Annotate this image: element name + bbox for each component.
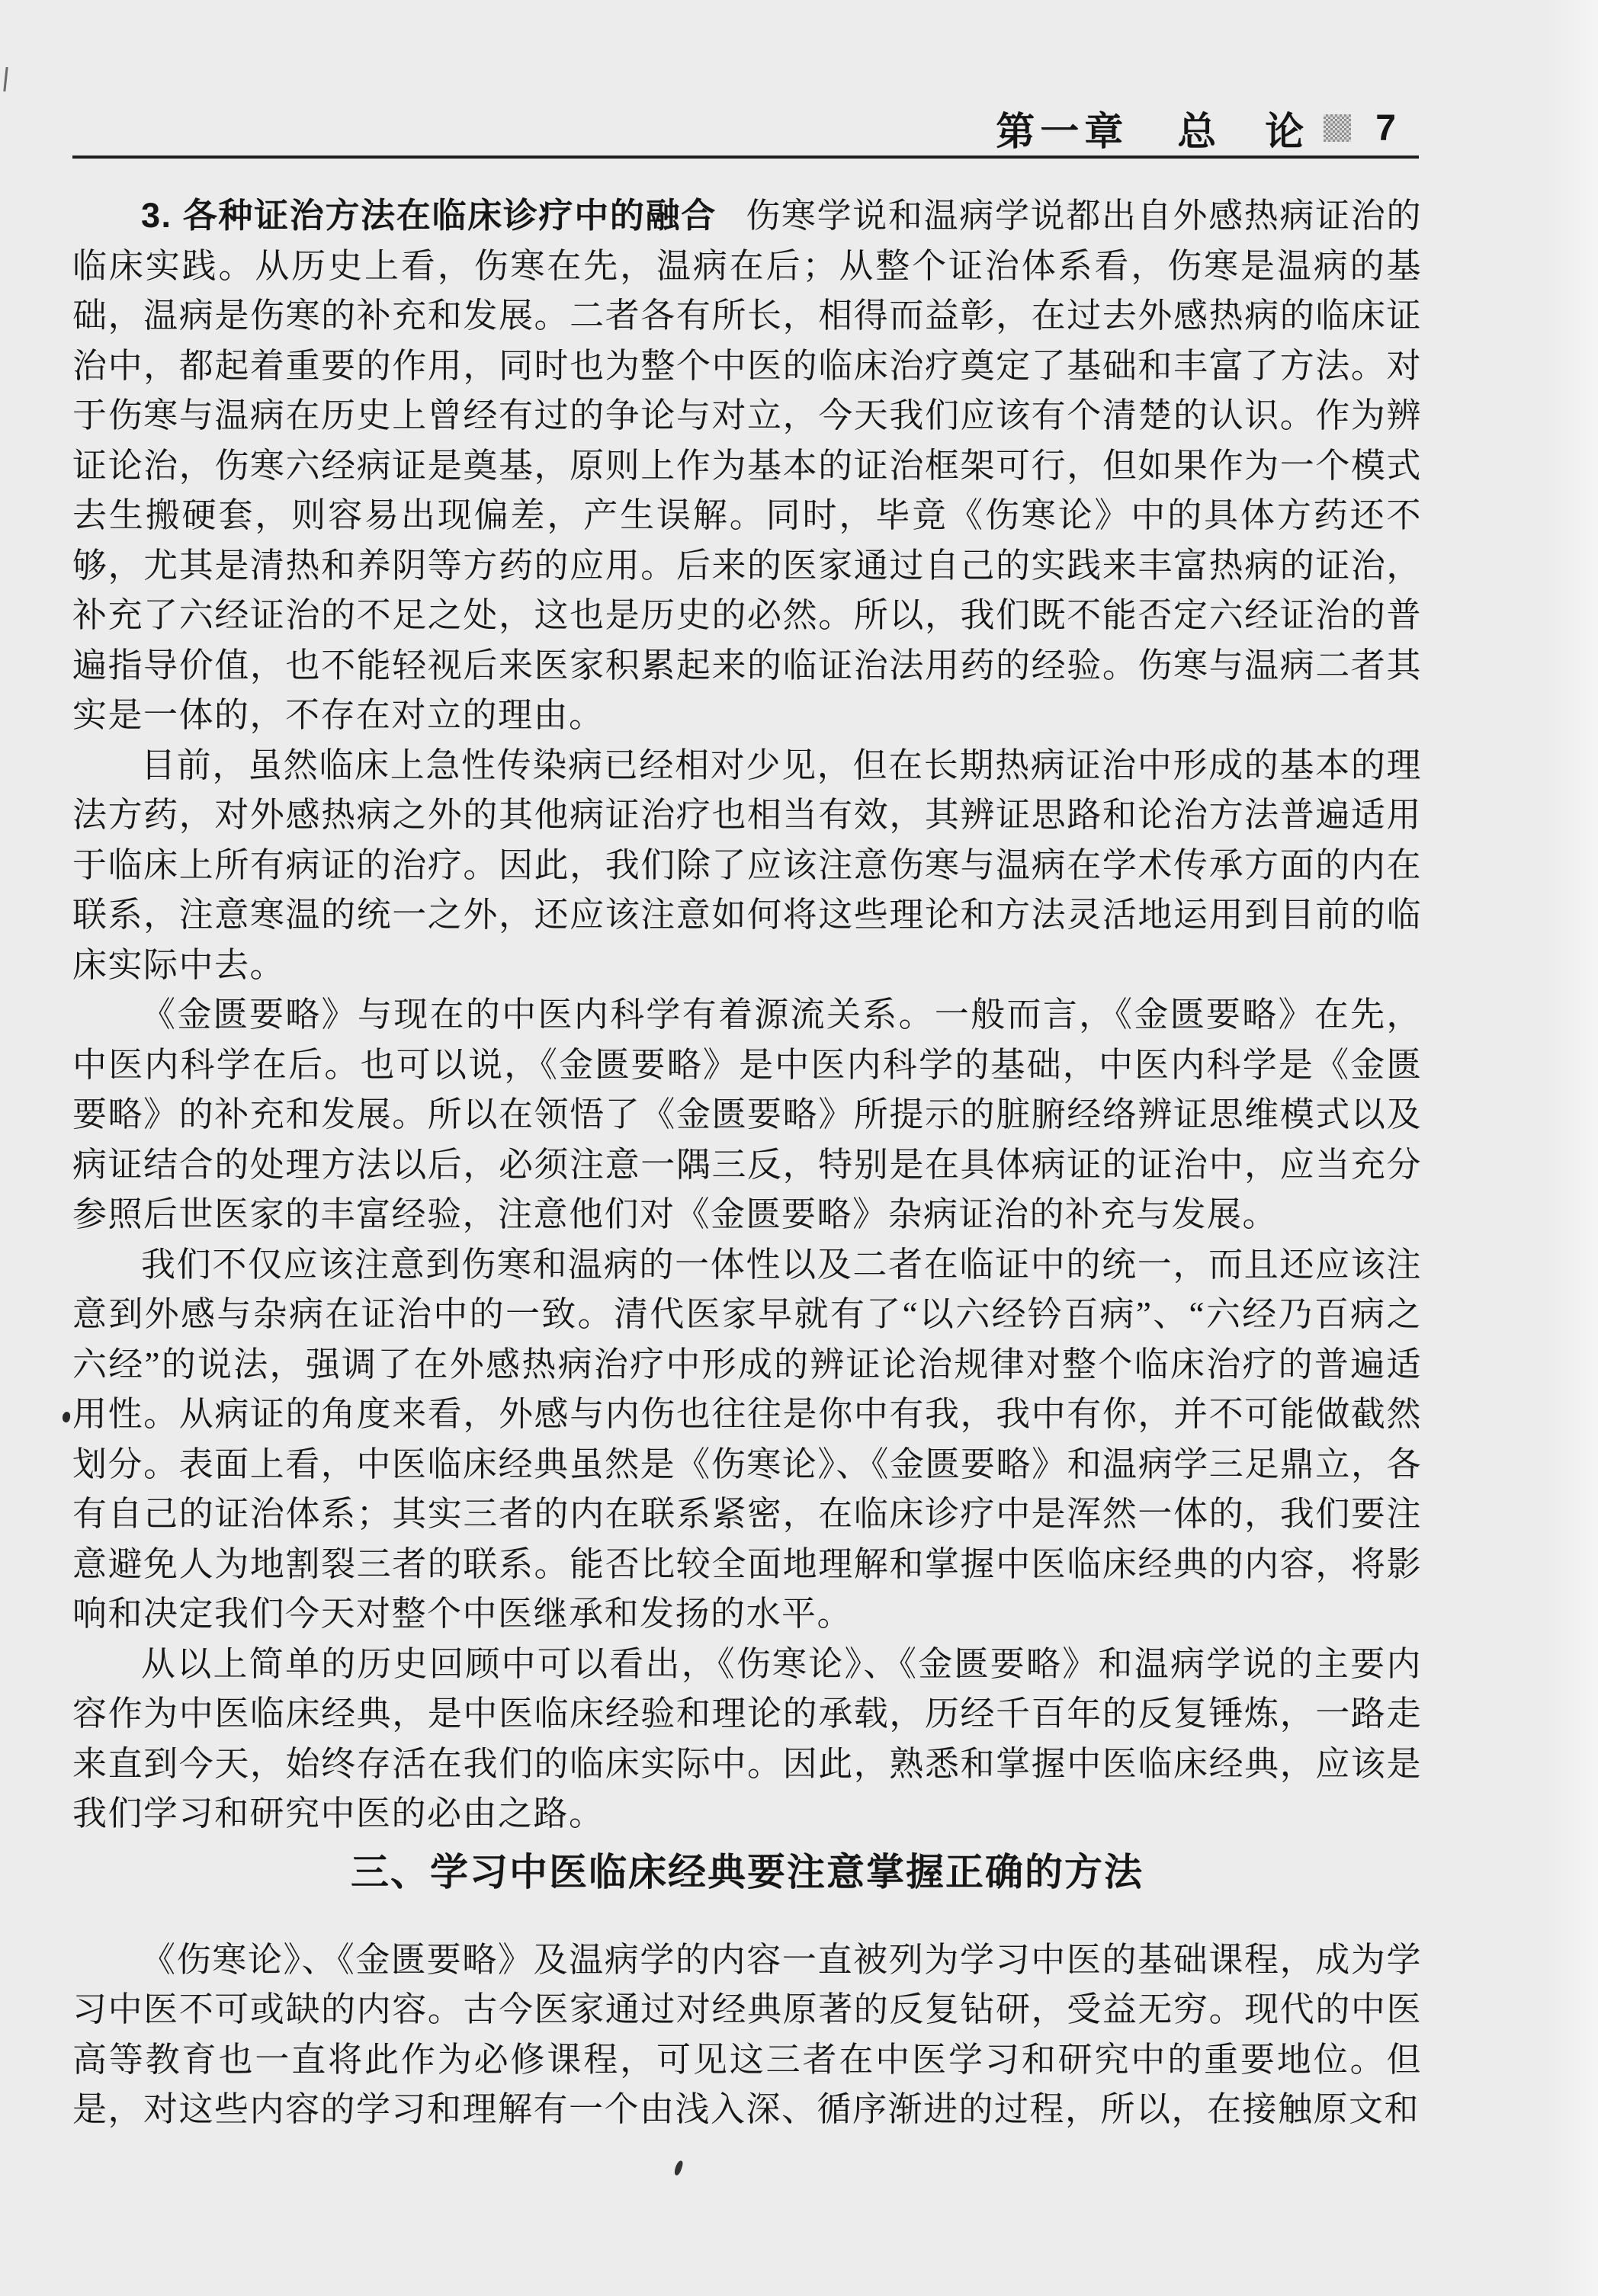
scan-artifact-ink-dot <box>62 1411 72 1423</box>
paragraph-4: 我们不仅应该注意到伤寒和温病的一体性以及二者在临证中的统一，而且还应该注意到外感… <box>72 1240 1422 1640</box>
paragraph-5: 从以上简单的历史回顾中可以看出，《伤寒论》、《金匮要略》和温病学说的主要内容作为… <box>72 1640 1422 1839</box>
halftone-square-icon <box>1324 114 1351 142</box>
page-body: 3. 各种证治方法在临床诊疗中的融合伤寒学说和温病学说都出自外感热病证治的临床实… <box>72 191 1422 2135</box>
header-rule <box>72 156 1419 159</box>
paragraph-2: 目前，虽然临床上急性传染病已经相对少见，但在长期热病证治中形成的基本的理法方药，… <box>72 741 1422 991</box>
paragraph-1-text: 伤寒学说和温病学说都出自外感热病证治的临床实践。从历史上看，伤寒在先，温病在后；… <box>72 197 1422 734</box>
paragraph-1-lead-bold: 3. 各种证治方法在临床诊疗中的融合 <box>141 196 717 235</box>
paragraph-6: 《伤寒论》、《金匮要略》及温病学的内容一直被列为学习中医的基础课程，成为学习中医… <box>72 1935 1422 2135</box>
chapter-label: 第一章 <box>996 100 1128 156</box>
section-heading: 三、学习中医临床经典要注意掌握正确的方法 <box>72 1845 1422 1899</box>
book-page: 第一章 总论 7 3. 各种证治方法在临床诊疗中的融合伤寒学说和温病学说都出自外… <box>0 0 1598 2296</box>
paragraph-1: 3. 各种证治方法在临床诊疗中的融合伤寒学说和温病学说都出自外感热病证治的临床实… <box>72 191 1422 741</box>
running-header: 第一章 总论 7 <box>72 104 1422 152</box>
scan-artifact-ink-mark <box>673 2160 684 2176</box>
page-number: 7 <box>1375 107 1396 149</box>
paragraph-3: 《金匮要略》与现在的中医内科学有着源流关系。一般而言，《金匮要略》在先，中医内科… <box>72 990 1422 1240</box>
scan-artifact-edge <box>3 67 8 91</box>
